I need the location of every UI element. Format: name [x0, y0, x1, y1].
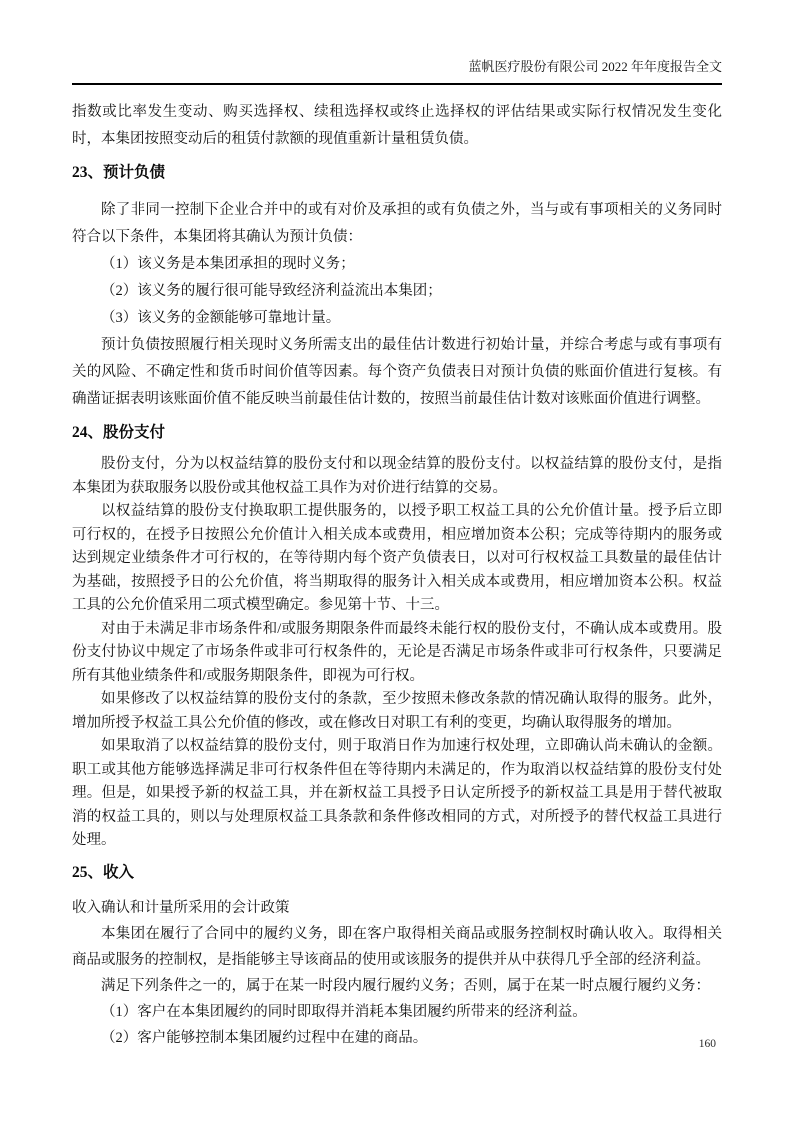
report-page: 蓝帆医疗股份有限公司 2022 年年度报告全文 指数或比率发生变动、购买选择权、…: [0, 0, 794, 1123]
paragraph: 如果取消了以权益结算的股份支付，则于取消日作为加速行权处理，立即确认尚未确认的金…: [72, 735, 722, 853]
report-header-title: 蓝帆医疗股份有限公司 2022 年年度报告全文: [468, 59, 722, 74]
paragraph: 预计负债按照履行相关现时义务所需支出的最佳估计数进行初始计量，并综合考虑与或有事…: [72, 332, 722, 413]
page-number: 160: [699, 1038, 716, 1050]
section-23-provisions: 23、预计负债 除了非同一控制下企业合并中的或有对价及承担的或有负债之外，当与或…: [72, 161, 722, 413]
report-body: 指数或比率发生变动、购买选择权、续租选择权或终止选择权的评估结果或实际行权情况发…: [72, 99, 722, 1051]
paragraph: 满足下列条件之一的，属于在某一时段内履行履约义务；否则，属于在某一时点履行履约义…: [72, 973, 722, 999]
list-item-1: （1）客户在本集团履约的同时即取得并消耗本集团履约所带来的经济利益。: [72, 999, 722, 1025]
paragraph: 除了非同一控制下企业合并中的或有对价及承担的或有负债之外，当与或有事项相关的义务…: [72, 197, 722, 251]
paragraph: 以权益结算的股份支付换取职工提供服务的，以授予职工权益工具的公允价值计量。授予后…: [72, 500, 722, 618]
list-item-3: （3）该义务的金额能够可靠地计量。: [72, 305, 722, 332]
paragraph: 如果修改了以权益结算的股份支付的条款，至少按照未修改条款的情况确认取得的服务。此…: [72, 688, 722, 735]
paragraph: 本集团在履行了合同中的履约义务，即在客户取得相关商品或服务控制权时确认收入。取得…: [72, 921, 722, 973]
section-24-share-payment: 24、股份支付 股份支付，分为以权益结算的股份支付和以现金结算的股份支付。以权益…: [72, 421, 722, 853]
paragraph-lease-remeasure: 指数或比率发生变动、购买选择权、续租选择权或终止选择权的评估结果或实际行权情况发…: [72, 99, 722, 153]
list-item-2: （2）客户能够控制本集团履约过程中在建的商品。: [72, 1025, 722, 1051]
paragraph: 股份支付，分为以权益结算的股份支付和以现金结算的股份支付。以权益结算的股份支付，…: [72, 453, 722, 500]
section-heading-23: 23、预计负债: [72, 161, 722, 185]
paragraph: 对由于未满足非市场条件和/或服务期限条件而最终未能行权的股份支付，不确认成本或费…: [72, 618, 722, 689]
section-continuation: 指数或比率发生变动、购买选择权、续租选择权或终止选择权的评估结果或实际行权情况发…: [72, 99, 722, 153]
subheading-revenue-policy: 收入确认和计量所采用的会计政策: [72, 895, 722, 921]
section-25-revenue: 25、收入 收入确认和计量所采用的会计政策 本集团在履行了合同中的履约义务，即在…: [72, 861, 722, 1051]
list-item-1: （1）该义务是本集团承担的现时义务；: [72, 251, 722, 278]
report-header: 蓝帆医疗股份有限公司 2022 年年度报告全文: [72, 0, 722, 85]
section-heading-24: 24、股份支付: [72, 421, 722, 445]
section-heading-25: 25、收入: [72, 861, 722, 885]
list-item-2: （2）该义务的履行很可能导致经济利益流出本集团；: [72, 278, 722, 305]
